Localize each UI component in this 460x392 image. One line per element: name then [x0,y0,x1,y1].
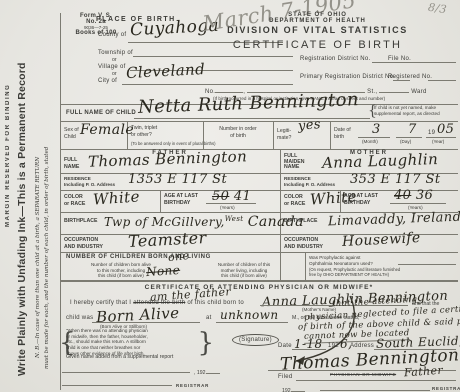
blank-line [408,62,456,63]
certificate-title: CERTIFICATE OF BIRTH [210,39,425,51]
sex-label: Sex of Child [64,127,79,140]
state-header: STATE OF OHIO DEPARTMENT OF HEALTH DIVIS… [210,12,425,51]
mother-years-caption: (Years) [408,205,423,210]
sex-value-handwritten: Female [80,122,134,138]
filed-label: Filed [278,374,293,380]
blank-line [62,385,172,386]
time-handwritten: unknown [220,308,278,322]
mother-birthplace-handwritten: Limavaddy, Ireland [328,210,460,230]
day-caption: (Day) [400,139,411,144]
child-name-label: FULL NAME OF CHILD [66,110,136,116]
blank-line [122,84,293,85]
father-birthplace-sup: West [225,215,244,223]
father-age-label: AGE AT LAST BIRTHDAY [164,193,198,206]
mother-age-label: AGE AT LAST BIRTHDAY [344,193,378,206]
pencil-mark: 8/3 [427,1,448,17]
footer-year-1: , 192 [194,367,220,376]
section-rule [60,280,458,282]
margin-nb-line1: N. B.—In case of more than one child at … [35,125,41,390]
mother-residence-handwritten: 353 E 117 St [350,172,440,187]
blank-line [216,322,288,323]
twin-note: (To be answered only in event of plural … [131,141,216,146]
mother-name-label: FULL MAIDEN NAME [284,154,304,171]
blank-line [62,372,190,373]
child-was-label: child was [66,315,93,321]
blank-line [206,203,256,204]
order-of-birth-label: Number in order of birth [207,126,269,139]
rule [305,252,306,280]
address-label: Address [350,343,374,349]
blank-line [134,118,370,119]
dob-year-handwritten: 05 [437,122,454,137]
father-occupation-label: OCCUPATION AND INDUSTRY [64,237,103,250]
mother-color-label: COLOR or RACE [284,194,305,207]
father-color-handwritten: White [92,187,140,208]
mother-age-value: 36 [416,188,433,203]
blank-line [372,62,410,63]
rule [273,121,274,149]
footer-year-1-text: 192 [197,370,206,376]
village-label: Village of [98,64,126,70]
prophylactic-question: Was Prophylactic against Ophthalmia Neon… [309,255,373,266]
children-living-label: Number of children of this mother living… [188,262,300,279]
mother-age-struck: 40 [394,188,411,203]
stillborn-footnote-text: "When there was no attending physician o… [66,328,204,357]
stillborn-footnote: { "When there was no attending physician… [66,328,204,357]
or-label: or [112,57,117,63]
registrar-label-1: REGISTRAR [176,383,209,388]
father-color-label: COLOR or RACE [64,194,85,207]
child-name-handwritten: Netta Ruth Bennington [138,89,360,118]
dob-month-handwritten: 3 [372,122,381,137]
blank-line [426,137,456,138]
mother-name-handwritten: Anna Laughlin [322,150,439,172]
mother-age-handwritten: 40 36 [394,188,433,203]
footer-year-2-text: 192 [282,388,291,392]
year-caption: (Year) [432,139,444,144]
rule [60,252,458,253]
certify-pre: I hereby certify that I [70,300,131,306]
father-age-handwritten: 50 41 [212,189,251,204]
blank-line [291,385,305,392]
children-living-handwritten: one [167,249,190,264]
blank-line [296,380,456,381]
mother-occupation-handwritten: Housewife [342,230,421,250]
rule [160,190,161,212]
month-caption: (Month) [362,139,378,144]
not-named-note: { If child is not yet named, make supple… [374,105,440,116]
blank-line [206,367,220,374]
city-value-handwritten: Cleveland [126,60,206,82]
father-written: Father [404,364,444,380]
registration-district-label: Registration District No. [300,56,371,62]
blank-line [133,56,293,57]
dob-label: Date of birth [334,127,351,140]
primary-registration-label: Primary Registration District No. [300,74,395,80]
brace: { [368,103,377,119]
father-years-caption: (Years) [220,205,235,210]
signature-label: (Signature) [232,334,279,346]
mother-birthplace-label: BIRTHPLACE [284,218,317,224]
blank-line [393,80,410,81]
street-st-label: St., [367,89,377,95]
blank-line [292,349,326,350]
blank-line [396,137,422,138]
legitimate-value-handwritten: yes [297,117,321,134]
blank-line [358,137,390,138]
mother-residence-label: RESIDENCE Including P. O. Address [284,176,335,187]
date-label: Date [278,343,292,349]
registered-no-label: Registered No. [388,74,432,80]
blank-line [398,264,456,265]
date-year-printed: 192 [328,343,339,349]
blank-line [320,390,430,391]
father-residence-handwritten: 1353 E 117 St [128,172,227,187]
margin-nb-line2: must be made for each, and the number of… [44,125,50,390]
department-of-health: DEPARTMENT OF HEALTH [210,18,425,24]
blank-line [428,80,456,81]
father-birthplace-label: BIRTHPLACE [64,218,97,224]
at-label: at [206,315,212,321]
certify-post: of this child born to [187,300,244,306]
birth-certificate-document: MARGIN RESERVED FOR BINDING Write Plainl… [0,0,460,392]
margin-permanent-record-text: Write Plainly with Unfading Ink—This is … [16,48,28,390]
or-label-2: or [112,71,117,77]
margin-binding-text: MARGIN RESERVED FOR BINDING [5,55,11,255]
township-label: Township of [98,50,133,56]
blank-line [379,86,409,93]
not-named-note-text: If child is not yet named, make suppleme… [374,105,440,116]
blank-line [215,86,243,93]
father-age-value: 41 [234,189,251,204]
dob-year-printed: 19 [428,130,435,136]
father-birthplace-pre: Twp of McGillvery, [104,215,225,229]
father-name-label: FULL NAME [64,157,79,170]
blank-line [390,203,446,204]
county-label: County of [98,32,126,38]
city-label: City of [98,78,117,84]
prophylactic-note: (On request, Prophylactic and literature… [309,267,400,278]
footer-year-2: 192 [282,385,305,392]
physician-midwife-struck: PHYSICIAN OR MIDWIFE [330,372,396,377]
legitimate-label: Legiti- mate? [277,128,291,141]
father-age-struck: 50 [212,189,229,204]
brace-right: } [197,328,214,358]
father-occupation-handwritten: Teamster [128,228,207,251]
father-residence-label: RESIDENCE Including P. O. Address [64,176,115,187]
dob-day-handwritten: 7 [408,122,417,137]
blank-line [92,322,200,323]
twin-label: Twin, triplet or other? [131,125,157,138]
street-ward-label: Ward [411,89,426,95]
mother-occupation-label: OCCUPATION AND INDUSTRY [284,237,323,250]
registrar-label-2: REGISTRAR [432,386,460,391]
supplemental-note: Given name added from a supplemental rep… [66,354,173,360]
children-born-handwritten: None [146,263,181,279]
division-vital-statistics: DIVISION OF VITAL STATISTICS [210,25,425,35]
rule [330,121,331,149]
